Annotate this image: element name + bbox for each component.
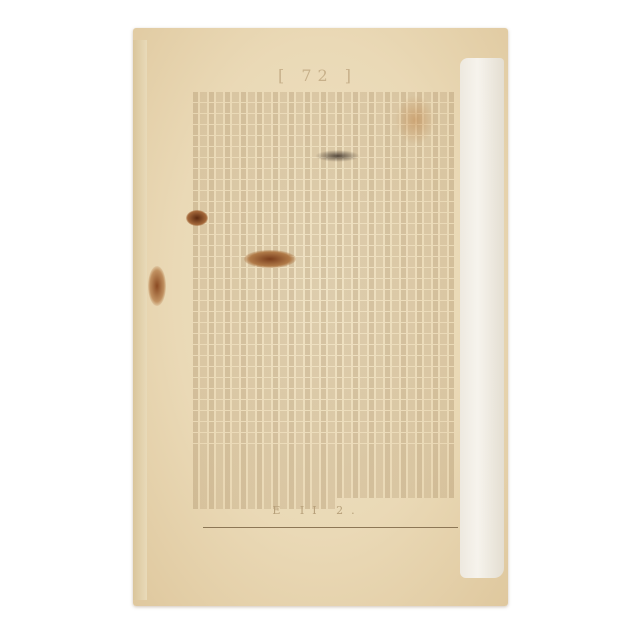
text-line [193, 389, 455, 399]
text-line [193, 312, 455, 322]
stain [244, 250, 296, 268]
text-line [193, 444, 455, 454]
text-line [193, 169, 455, 179]
text-line [193, 433, 455, 443]
text-line [193, 202, 455, 212]
text-line [193, 465, 455, 475]
stain [315, 150, 360, 162]
text-line [193, 454, 455, 464]
text-line [193, 257, 455, 267]
text-line [193, 235, 455, 245]
text-line [193, 400, 455, 410]
signature-mark: E II 2. [0, 504, 635, 517]
text-line [193, 279, 455, 289]
text-line [193, 367, 455, 377]
stain [148, 266, 166, 306]
page-number: [ 72 ] [0, 66, 635, 85]
text-line [193, 476, 455, 486]
text-line [193, 356, 455, 366]
text-line [193, 345, 455, 355]
text-line [193, 290, 455, 300]
text-line [193, 268, 455, 278]
stain [395, 95, 435, 145]
text-line [193, 487, 455, 497]
text-line [193, 246, 455, 256]
stain [186, 210, 208, 226]
text-line [193, 301, 455, 311]
text-line [193, 378, 455, 388]
text-line [193, 422, 455, 432]
text-line [193, 191, 455, 201]
tape-repair [460, 58, 504, 578]
bottom-rule [203, 527, 458, 528]
text-line [193, 411, 455, 421]
text-line [193, 224, 455, 234]
text-line [193, 180, 455, 190]
text-line [193, 213, 455, 223]
text-line [193, 323, 455, 333]
text-line [193, 334, 455, 344]
